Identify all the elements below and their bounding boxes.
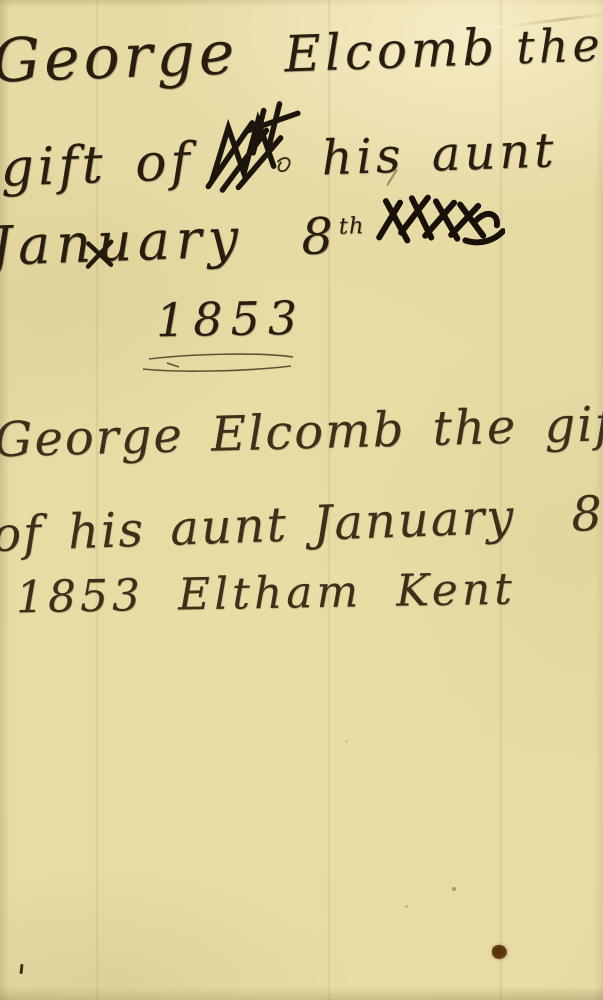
- paper-speck: [345, 740, 348, 743]
- inscription2-line2: of his aunt January8th: [0, 485, 603, 563]
- inscription1-word-george: George: [0, 18, 239, 97]
- inscription1-word-the: the: [515, 17, 603, 74]
- inscription1-his-aunt: his aunt: [321, 122, 559, 186]
- inscription1-gift-of: gift of: [0, 132, 195, 199]
- paper-speck: [405, 905, 408, 908]
- inscription1-line2: gift of his aunt: [0, 90, 559, 203]
- paper-speck: [452, 887, 456, 891]
- inscription1-ordinal: th: [338, 213, 365, 240]
- ink-scribble-over-year: [371, 189, 505, 250]
- inscription2-day: 8: [570, 486, 603, 543]
- inscription1-year: 1853: [156, 291, 306, 348]
- inscription2-line1: George Elcomb the gift: [0, 396, 603, 469]
- ink-x-over-letter: [82, 237, 117, 272]
- inscription1-day: 8: [300, 207, 340, 266]
- ink-tick-mark: [19, 964, 23, 974]
- scanned-page: GeorgeElcombthe gift of his aunt January: [0, 0, 603, 1000]
- ink-scribble-over-word: [202, 99, 307, 197]
- inscription2-line3: 1853 Eltham Kent: [16, 564, 517, 624]
- inscription1-word-elcomb: Elcomb: [283, 18, 499, 83]
- inscription1-line3: January 8th: [0, 189, 506, 278]
- inscription1-line1: GeorgeElcombthe: [0, 5, 603, 96]
- inscription1-month: January: [0, 205, 268, 278]
- double-underline: [141, 350, 301, 378]
- brown-stain: [492, 945, 507, 959]
